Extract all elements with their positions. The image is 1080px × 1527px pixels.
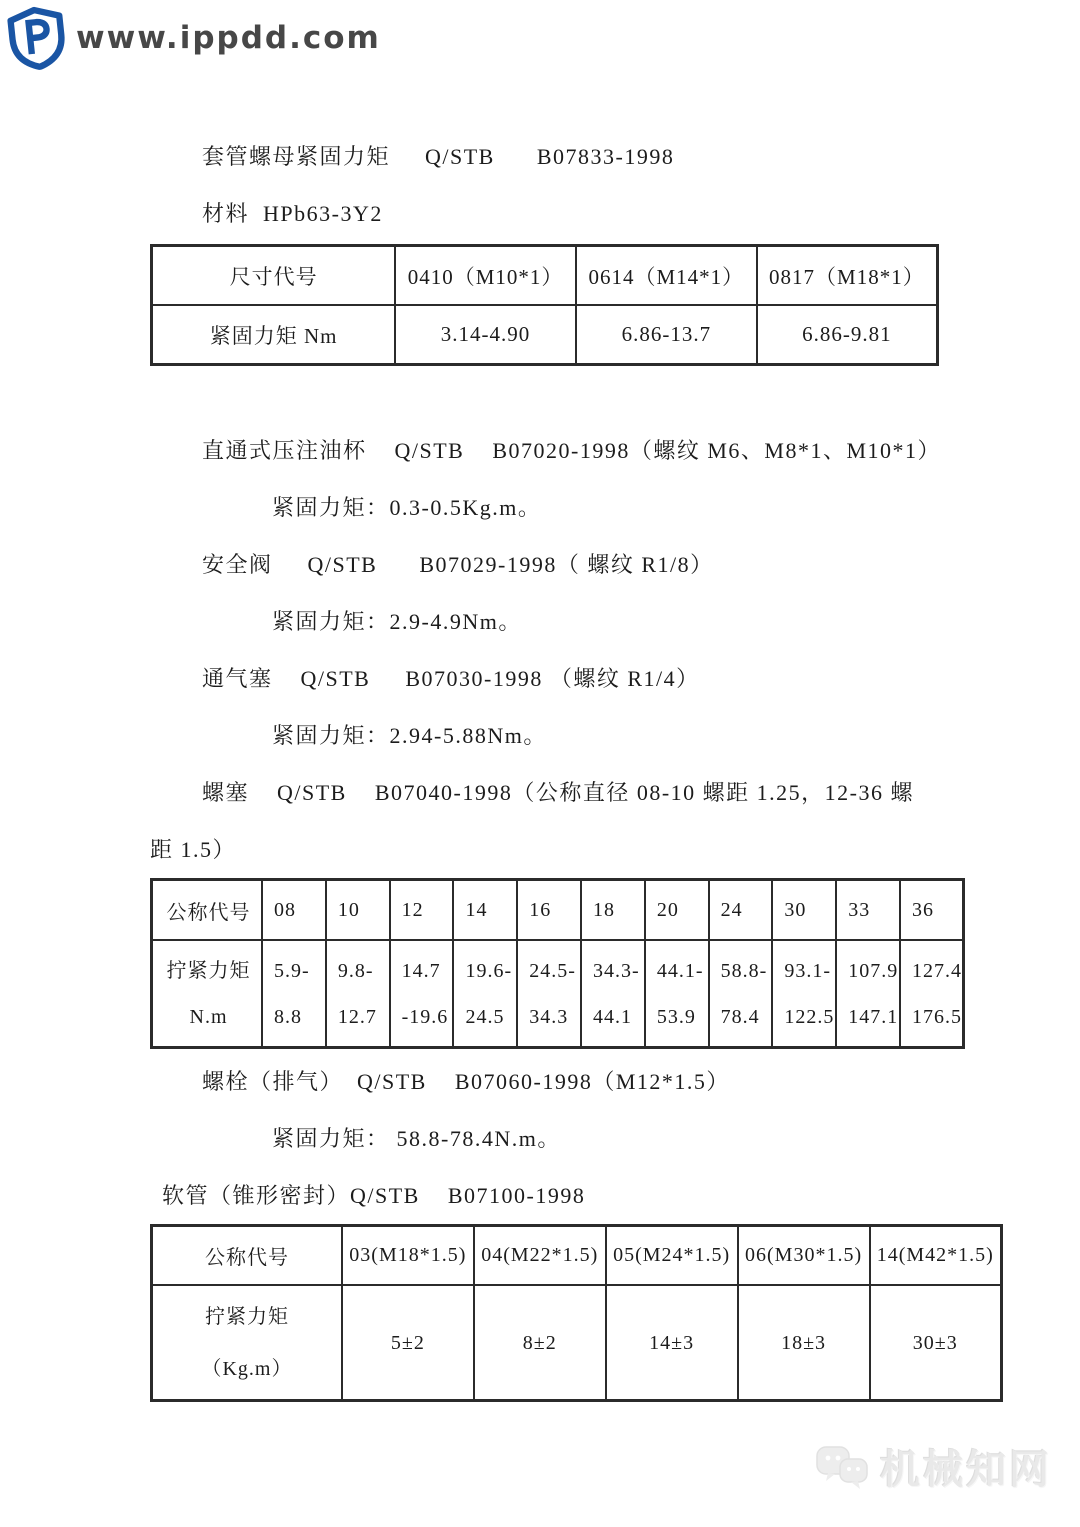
line-vent-plug: 通气塞 Q/STB B07030-1998 （螺纹 R1/4）: [150, 650, 1003, 707]
table-cell: 127.4- 176.5: [900, 940, 964, 1048]
table-row: 公称代号 08 10 12 14 16 18 20 24 30 33 36: [152, 880, 964, 941]
table-cell: 19.6- 24.5: [453, 940, 517, 1048]
table-cell: 5±2: [342, 1285, 474, 1401]
line-screw-plug: 螺塞 Q/STB B07040-1998（公称直径 08-10 螺距 1.25，…: [150, 764, 1003, 878]
doc-title: 套管螺母紧固力矩 Q/STB B07833-1998: [150, 128, 1003, 185]
table-cell: 03(M18*1.5): [342, 1226, 474, 1286]
table-cell: 6.86-13.7: [576, 305, 757, 365]
site-logo: www.ippdd.com: [8, 6, 381, 70]
table-cell: 18: [581, 880, 645, 941]
table-cell: 33: [836, 880, 900, 941]
table-cell: 尺寸代号: [152, 246, 396, 306]
watermark-text: 机械知网: [880, 1438, 1052, 1495]
table-row: 拧紧力矩 （Kg.m） 5±2 8±2 14±3 18±3 30±3: [152, 1285, 1002, 1401]
line-safety-valve-torque: 紧固力矩：2.9-4.9Nm。: [150, 593, 1003, 650]
table-cell: 24: [709, 880, 773, 941]
watermark: 机械知网: [816, 1438, 1052, 1495]
table-row: 公称代号 03(M18*1.5) 04(M22*1.5) 05(M24*1.5)…: [152, 1226, 1002, 1286]
table-cell: 14±3: [606, 1285, 738, 1401]
table-cell: 公称代号: [152, 1226, 342, 1286]
line-hose: 软管（锥形密封）Q/STB B07100-1998: [150, 1167, 1003, 1224]
table-cell: 6.86-9.81: [757, 305, 938, 365]
site-url-text: www.ippdd.com: [76, 20, 381, 56]
page: { "logo": { "site_url": "www.ippdd.com",…: [0, 0, 1080, 1527]
table-cell: 8±2: [474, 1285, 606, 1401]
table-cell: 107.9- 147.1: [836, 940, 900, 1048]
table-cell: 拧紧力矩 N.m: [152, 940, 263, 1048]
table-cell: 04(M22*1.5): [474, 1226, 606, 1286]
casing-nut-torque-table: 尺寸代号 0410（M10*1） 0614（M14*1） 0817（M18*1）…: [150, 244, 939, 366]
table-cell: 14: [453, 880, 517, 941]
table-cell: 0614（M14*1）: [576, 246, 757, 306]
line-bolt-exhaust: 螺栓（排气） Q/STB B07060-1998（M12*1.5）: [150, 1053, 1003, 1110]
line-bolt-exhaust-torque: 紧固力矩： 58.8-78.4N.m。: [150, 1110, 1003, 1167]
table-cell: 12: [390, 880, 454, 941]
table-cell: 拧紧力矩 （Kg.m）: [152, 1285, 342, 1401]
table-cell: 44.1- 53.9: [645, 940, 709, 1048]
material-line: 材料 HPb63-3Y2: [150, 185, 1003, 242]
line-safety-valve: 安全阀 Q/STB B07029-1998（ 螺纹 R1/8）: [150, 536, 1003, 593]
table-cell: 紧固力矩 Nm: [152, 305, 396, 365]
line-oil-cup: 直通式压注油杯 Q/STB B07020-1998（螺纹 M6、M8*1、M10…: [150, 422, 1003, 479]
table-cell: 公称代号: [152, 880, 263, 941]
table-cell: 14(M42*1.5): [870, 1226, 1002, 1286]
table-cell: 36: [900, 880, 964, 941]
line-oil-cup-torque: 紧固力矩：0.3-0.5Kg.m。: [150, 479, 1003, 536]
table-cell: 10: [326, 880, 390, 941]
table-cell: 06(M30*1.5): [738, 1226, 870, 1286]
table-row: 紧固力矩 Nm 3.14-4.90 6.86-13.7 6.86-9.81: [152, 305, 938, 365]
table-cell: 58.8- 78.4: [709, 940, 773, 1048]
table-cell: 3.14-4.90: [395, 305, 576, 365]
screw-plug-torque-table: 公称代号 08 10 12 14 16 18 20 24 30 33 36 拧紧…: [150, 878, 965, 1049]
table-row: 拧紧力矩 N.m 5.9- 8.8 9.8- 12.7 14.7 -19.6 1…: [152, 940, 964, 1048]
table-cell: 08: [262, 880, 326, 941]
document-body: 套管螺母紧固力矩 Q/STB B07833-1998 材料 HPb63-3Y2 …: [150, 0, 1003, 1402]
table-cell: 14.7 -19.6: [390, 940, 454, 1048]
table-cell: 16: [517, 880, 581, 941]
table-cell: 20: [645, 880, 709, 941]
hose-torque-table: 公称代号 03(M18*1.5) 04(M22*1.5) 05(M24*1.5)…: [150, 1224, 1003, 1402]
table-cell: 30: [772, 880, 836, 941]
shield-p-logo-icon: [5, 3, 69, 73]
table-cell: 34.3- 44.1: [581, 940, 645, 1048]
table-cell: 0817（M18*1）: [757, 246, 938, 306]
table-cell: 5.9- 8.8: [262, 940, 326, 1048]
table-cell: 05(M24*1.5): [606, 1226, 738, 1286]
table-cell: 30±3: [870, 1285, 1002, 1401]
table-cell: 93.1- 122.5: [772, 940, 836, 1048]
table-row: 尺寸代号 0410（M10*1） 0614（M14*1） 0817（M18*1）: [152, 246, 938, 306]
wechat-icon: [816, 1443, 872, 1491]
table-cell: 0410（M10*1）: [395, 246, 576, 306]
line-vent-plug-torque: 紧固力矩：2.94-5.88Nm。: [150, 707, 1003, 764]
table-cell: 24.5- 34.3: [517, 940, 581, 1048]
table-cell: 9.8- 12.7: [326, 940, 390, 1048]
table-cell: 18±3: [738, 1285, 870, 1401]
